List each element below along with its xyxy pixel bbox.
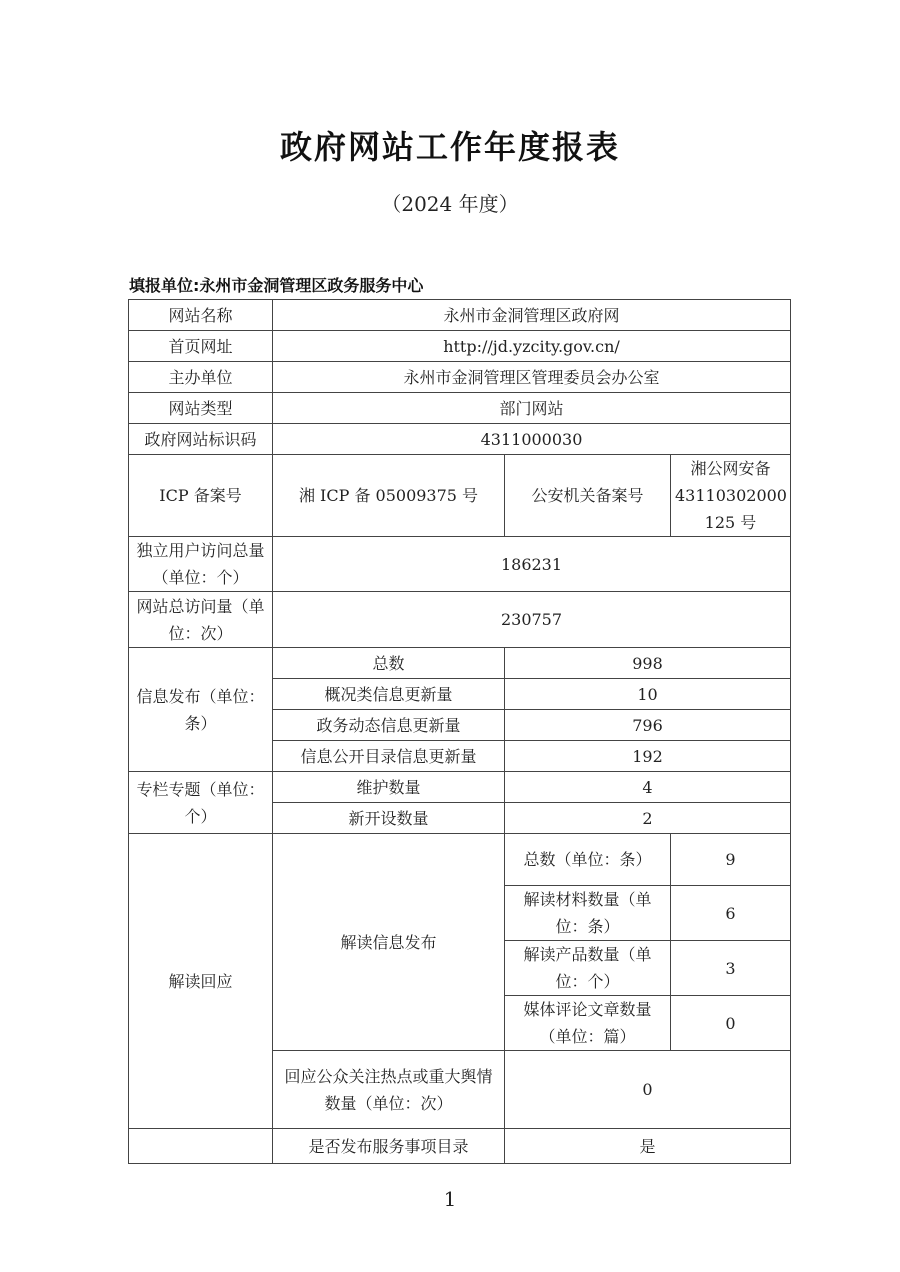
cell-value: 796	[505, 710, 791, 741]
table-row: 解读回应 解读信息发布 总数（单位：条） 9	[129, 834, 791, 886]
cell-value: 是	[505, 1129, 791, 1164]
cell-label: 概况类信息更新量	[273, 679, 505, 710]
cell-label: 解读产品数量（单位：个）	[505, 941, 671, 996]
table-row: 专栏专题（单位：个） 维护数量 4	[129, 772, 791, 803]
cell-value: http://jd.yzcity.gov.cn/	[273, 331, 791, 362]
cell-empty	[129, 1129, 273, 1164]
cell-label: 公安机关备案号	[505, 455, 671, 537]
cell-label: 首页网址	[129, 331, 273, 362]
report-year: （2024 年度）	[0, 188, 900, 217]
cell-label: 新开设数量	[273, 803, 505, 834]
cell-label: 网站总访问量（单位：次）	[129, 592, 273, 648]
report-table: 网站名称 永州市金洞管理区政府网 首页网址 http://jd.yzcity.g…	[128, 299, 791, 1164]
report-title: 政府网站工作年度报表	[0, 122, 900, 168]
cell-label: 主办单位	[129, 362, 273, 393]
cell-label: 总数	[273, 648, 505, 679]
cell-value: 湘公网安备43110302000 125 号	[671, 455, 791, 537]
cell-value: 永州市金洞管理区管理委员会办公室	[273, 362, 791, 393]
filler-unit: 填报单位:永州市金洞管理区政务服务中心	[129, 273, 423, 296]
cell-value: 部门网站	[273, 393, 791, 424]
cell-label: 网站名称	[129, 300, 273, 331]
cell-value: 230757	[273, 592, 791, 648]
cell-value: 998	[505, 648, 791, 679]
cell-value: 10	[505, 679, 791, 710]
cell-label: 信息公开目录信息更新量	[273, 741, 505, 772]
table-row: 是否发布服务事项目录 是	[129, 1129, 791, 1164]
table-row: 网站类型 部门网站	[129, 393, 791, 424]
cell-label: 回应公众关注热点或重大舆情数量（单位：次）	[273, 1051, 505, 1129]
table-row: 信息发布（单位：条） 总数 998	[129, 648, 791, 679]
cell-label: 解读材料数量（单位：条）	[505, 886, 671, 941]
cell-label: 政府网站标识码	[129, 424, 273, 455]
cell-label: 网站类型	[129, 393, 273, 424]
cell-label: 专栏专题（单位：个）	[129, 772, 273, 834]
table-row: 主办单位 永州市金洞管理区管理委员会办公室	[129, 362, 791, 393]
table-row: ICP 备案号 湘 ICP 备 05009375 号 公安机关备案号 湘公网安备…	[129, 455, 791, 537]
cell-label: 总数（单位：条）	[505, 834, 671, 886]
cell-value: 192	[505, 741, 791, 772]
table-row: 独立用户访问总量（单位：个） 186231	[129, 537, 791, 592]
cell-value: 0	[671, 996, 791, 1051]
cell-label: 是否发布服务事项目录	[273, 1129, 505, 1164]
cell-value: 6	[671, 886, 791, 941]
cell-value: 186231	[273, 537, 791, 592]
cell-label: 解读信息发布	[273, 834, 505, 1051]
cell-value: 湘 ICP 备 05009375 号	[273, 455, 505, 537]
cell-value: 永州市金洞管理区政府网	[273, 300, 791, 331]
table-row: 网站名称 永州市金洞管理区政府网	[129, 300, 791, 331]
table-row: 政府网站标识码 4311000030	[129, 424, 791, 455]
cell-value: 0	[505, 1051, 791, 1129]
cell-label: ICP 备案号	[129, 455, 273, 537]
cell-value: 9	[671, 834, 791, 886]
cell-label: 媒体评论文章数量（单位：篇）	[505, 996, 671, 1051]
table-row: 网站总访问量（单位：次） 230757	[129, 592, 791, 648]
cell-label: 维护数量	[273, 772, 505, 803]
cell-value: 4	[505, 772, 791, 803]
cell-label: 独立用户访问总量（单位：个）	[129, 537, 273, 592]
cell-value: 2	[505, 803, 791, 834]
page-number: 1	[0, 1187, 900, 1211]
cell-value: 3	[671, 941, 791, 996]
cell-value: 4311000030	[273, 424, 791, 455]
cell-label: 信息发布（单位：条）	[129, 648, 273, 772]
table-row: 首页网址 http://jd.yzcity.gov.cn/	[129, 331, 791, 362]
cell-label: 解读回应	[129, 834, 273, 1129]
cell-label: 政务动态信息更新量	[273, 710, 505, 741]
